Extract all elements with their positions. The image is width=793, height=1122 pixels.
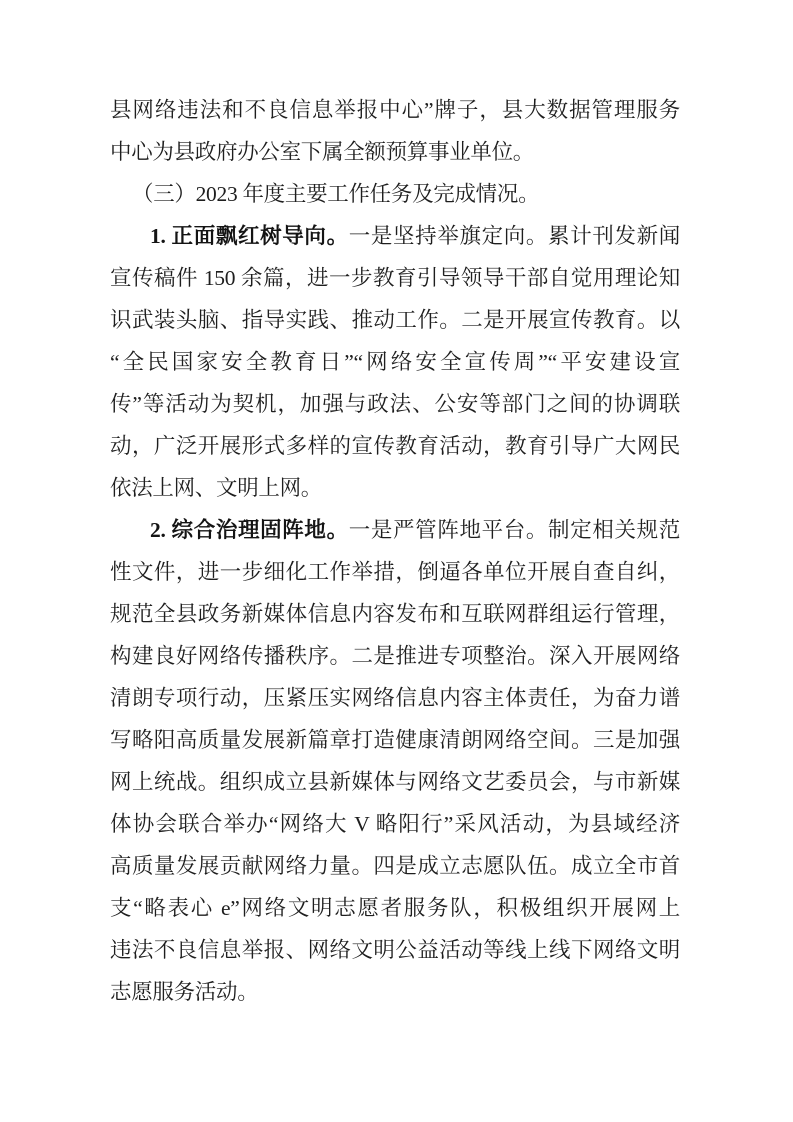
- text-line: 网上统战。组织成立县新媒体与网络文艺委员会，与市新媒: [110, 761, 680, 803]
- line-text: 高质量发展贡献网络力量。四是成立志愿队伍。成立全市首: [110, 854, 680, 878]
- text-line-numbered-heading: 2. 综合治理固阵地。一是严管阵地平台。制定相关规范: [110, 509, 680, 551]
- line-text: 构建良好网络传播秩序。二是推进专项整治。深入开展网络: [110, 644, 680, 668]
- text-line: 写略阳高质量发展新篇章打造健康清朗网络空间。三是加强: [110, 719, 680, 761]
- text-line: 违法不良信息举报、网络文明公益活动等线上线下网络文明: [110, 929, 680, 971]
- line-text: 体协会联合举办“网络大 V 略阳行”采风活动，为县域经济: [110, 812, 680, 836]
- line-text: 动，广泛开展形式多样的宣传教育活动，教育引导广大网民: [110, 434, 680, 458]
- line-text: 一是坚持举旗定向。累计刊发新闻: [349, 224, 680, 248]
- text-line: （三）2023 年度主要工作任务及完成情况。: [110, 173, 680, 215]
- line-text: 支“略表心 e”网络文明志愿者服务队，积极组织开展网上: [110, 896, 680, 920]
- text-line: 清朗专项行动，压紧压实网络信息内容主体责任，为奋力谱: [110, 677, 680, 719]
- text-line: 志愿服务活动。: [110, 971, 680, 1013]
- text-line: 体协会联合举办“网络大 V 略阳行”采风活动，为县域经济: [110, 803, 680, 845]
- text-line: 中心为县政府办公室下属全额预算事业单位。: [110, 131, 680, 173]
- line-text: 依法上网、文明上网。: [110, 476, 322, 500]
- text-line: 县网络违法和不良信息举报中心”牌子，县大数据管理服务: [110, 89, 680, 131]
- document-content: 县网络违法和不良信息举报中心”牌子，县大数据管理服务中心为县政府办公室下属全额预…: [110, 89, 680, 1013]
- text-line: 依法上网、文明上网。: [110, 467, 680, 509]
- line-text: 规范全县政务新媒体信息内容发布和互联网群组运行管理，: [110, 602, 680, 626]
- numbered-heading-bold: 1. 正面飘红树导向。: [150, 224, 349, 248]
- page: 县网络违法和不良信息举报中心”牌子，县大数据管理服务中心为县政府办公室下属全额预…: [0, 0, 793, 1122]
- text-line: 识武装头脑、指导实践、推动工作。二是开展宣传教育。以: [110, 299, 680, 341]
- line-text: 性文件，进一步细化工作举措，倒逼各单位开展自查自纠，: [110, 560, 680, 584]
- line-text: “全民国家安全教育日”“网络安全宣传周”“平安建设宣: [110, 350, 680, 374]
- text-line: 支“略表心 e”网络文明志愿者服务队，积极组织开展网上: [110, 887, 680, 929]
- line-text: 识武装头脑、指导实践、推动工作。二是开展宣传教育。以: [110, 308, 680, 332]
- line-text: 宣传稿件 150 余篇，进一步教育引导领导干部自觉用理论知: [110, 266, 680, 290]
- line-text: 清朗专项行动，压紧压实网络信息内容主体责任，为奋力谱: [110, 686, 680, 710]
- text-line-numbered-heading: 1. 正面飘红树导向。一是坚持举旗定向。累计刊发新闻: [110, 215, 680, 257]
- text-line: “全民国家安全教育日”“网络安全宣传周”“平安建设宣: [110, 341, 680, 383]
- line-text: 中心为县政府办公室下属全额预算事业单位。: [110, 140, 534, 164]
- text-line: 性文件，进一步细化工作举措，倒逼各单位开展自查自纠，: [110, 551, 680, 593]
- text-line: 构建良好网络传播秩序。二是推进专项整治。深入开展网络: [110, 635, 680, 677]
- text-line: 高质量发展贡献网络力量。四是成立志愿队伍。成立全市首: [110, 845, 680, 887]
- line-text: 网上统战。组织成立县新媒体与网络文艺委员会，与市新媒: [110, 770, 680, 794]
- line-text: 县网络违法和不良信息举报中心”牌子，县大数据管理服务: [110, 98, 680, 122]
- text-line: 动，广泛开展形式多样的宣传教育活动，教育引导广大网民: [110, 425, 680, 467]
- line-text: 一是严管阵地平台。制定相关规范: [349, 518, 680, 542]
- text-line: 传”等活动为契机，加强与政法、公安等部门之间的协调联: [110, 383, 680, 425]
- text-line: 宣传稿件 150 余篇，进一步教育引导领导干部自觉用理论知: [110, 257, 680, 299]
- line-text: 写略阳高质量发展新篇章打造健康清朗网络空间。三是加强: [110, 728, 680, 752]
- numbered-heading-bold: 2. 综合治理固阵地。: [150, 518, 349, 542]
- text-line: 规范全县政务新媒体信息内容发布和互联网群组运行管理，: [110, 593, 680, 635]
- line-text: 志愿服务活动。: [110, 980, 258, 1004]
- line-text: （三）2023 年度主要工作任务及完成情况。: [132, 182, 539, 206]
- line-text: 违法不良信息举报、网络文明公益活动等线上线下网络文明: [110, 938, 680, 962]
- line-text: 传”等活动为契机，加强与政法、公安等部门之间的协调联: [110, 392, 680, 416]
